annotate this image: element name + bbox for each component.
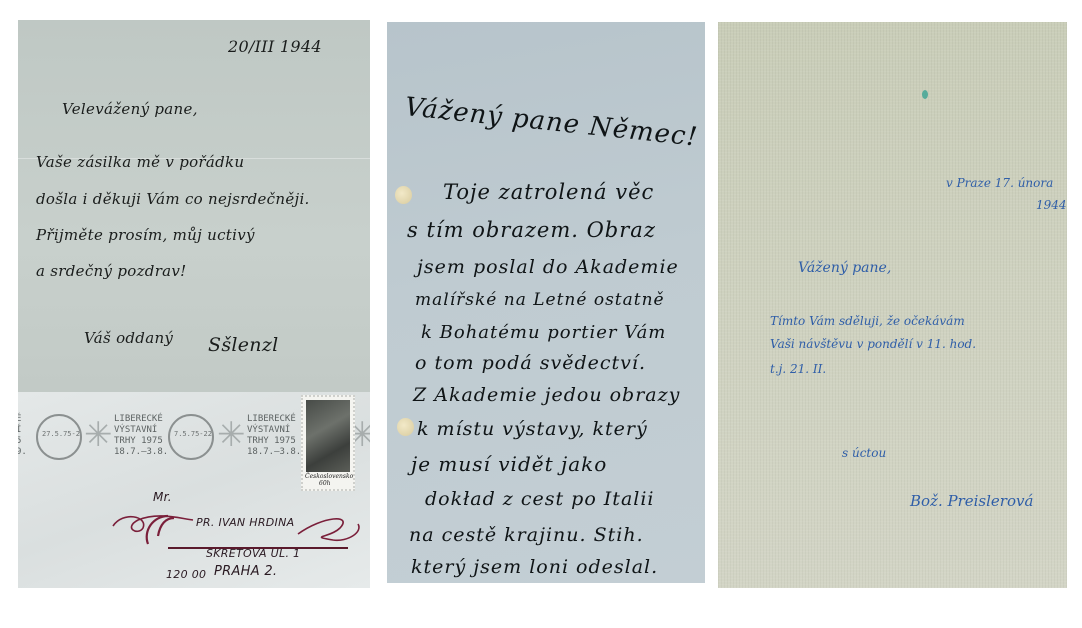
letter-3-panel: v Praze 17. února 1944 Vážený pane, Tímt…	[718, 22, 1067, 588]
letter-2-line: jsem poslal do Akademie	[417, 256, 679, 278]
letter-3-line: Tímto Vám sděluji, že očekávám	[770, 314, 965, 328]
slogan-partial: É Í 5 9.	[18, 414, 27, 458]
letter-3-line: Vaši návštěvu v pondělí v 11. hod.	[770, 337, 976, 351]
postage-stamp: Československo 60h	[301, 395, 355, 491]
letter-2-line: k místu výstavy, který	[417, 418, 648, 440]
letter-2-line: Z Akademie jedou obrazy	[413, 384, 680, 406]
letter-2-line: k Bohatému portier Vám	[421, 322, 666, 343]
letter-2-line: Toje zatrolená věc	[443, 180, 654, 204]
letter-2-line: malířské na Letné ostatně	[415, 290, 665, 310]
letter-3-signature: Bož. Preislerová	[910, 492, 1033, 510]
postal-slogan: LIBERECKÉ VÝSTAVNÍ TRHY 1975 18.7.–3.8.	[114, 414, 168, 458]
recipient-street: SKRETOVA UL. 1	[206, 547, 300, 560]
letter-1-date: 20/III 1944	[228, 37, 322, 56]
punch-hole	[397, 418, 414, 436]
letter-2-line: na cestě krajinu. Stih.	[409, 524, 644, 546]
letter-3-salutation: Vážený pane,	[798, 260, 891, 276]
letter-2-panel: Vážený pane Němec! Toje zatrolená věc s …	[387, 22, 705, 583]
letter-2-line: který jsem loni odeslal.	[411, 556, 658, 578]
letter-1-line: a srdečný pozdrav!	[36, 262, 187, 280]
recipient-city: PRAHA 2.	[214, 564, 277, 579]
letter-2-line: s tím obrazem. Obraz	[407, 218, 656, 242]
postmark: 27.5.75-2	[36, 414, 82, 460]
letter-1-salutation: Velevážený pane,	[62, 100, 198, 118]
stamp-artwork	[306, 400, 350, 472]
letter-2-line: je musí vidět jako	[411, 452, 607, 476]
letter-2-line: dokład z cest po Italii	[425, 488, 655, 510]
punch-hole	[395, 186, 412, 204]
letter-1-signature: Sšlenzl	[208, 334, 279, 356]
letter-3-line: t.j. 21. II.	[770, 362, 826, 376]
postal-slogan: LIBERECKÉ VÝSTAVNÍ TRHY 1975 18.7.–3.8.	[247, 414, 301, 458]
stamp-country: Československo	[305, 473, 353, 480]
stamp-value: 60h	[319, 480, 331, 487]
ink-blot	[922, 90, 928, 99]
letter-1-panel: 20/III 1944 Velevážený pane, Vaše zásilk…	[18, 20, 370, 588]
postmark: 7.5.75-22	[168, 414, 214, 460]
letter-1-line: Vaše zásilka mě v pořádku	[36, 153, 244, 171]
recipient-name: PR. IVAN HRDINA	[196, 516, 294, 529]
letter-1-line: došla i děkuji Vám co nejsrdečněji.	[36, 190, 310, 208]
letter-2-salutation: Vážený pane Němec!	[403, 92, 699, 153]
letter-3-closing: s úctou	[842, 446, 886, 460]
letter-1-closing: Váš oddaný	[84, 329, 173, 347]
asterisk-emblem-icon: ✳	[217, 418, 246, 452]
letter-1-sheet: 20/III 1944 Velevážený pane, Vaše zásilk…	[18, 20, 370, 392]
letter-1-line: Přijměte prosím, můj uctivý	[36, 226, 255, 244]
letter-3-place-date: v Praze 17. února	[946, 176, 1053, 190]
recipient-postcode: 120 00	[166, 568, 206, 581]
recipient-prefix: Mr.	[153, 490, 172, 504]
asterisk-emblem-icon: ✳	[84, 418, 113, 452]
letter-2-line: o tom podá svědectví.	[415, 352, 646, 374]
envelope: É Í 5 9. 27.5.75-2 ✳ LIBERECKÉ VÝSTAVNÍ …	[18, 392, 370, 588]
letter-3-year: 1944	[1036, 198, 1067, 212]
